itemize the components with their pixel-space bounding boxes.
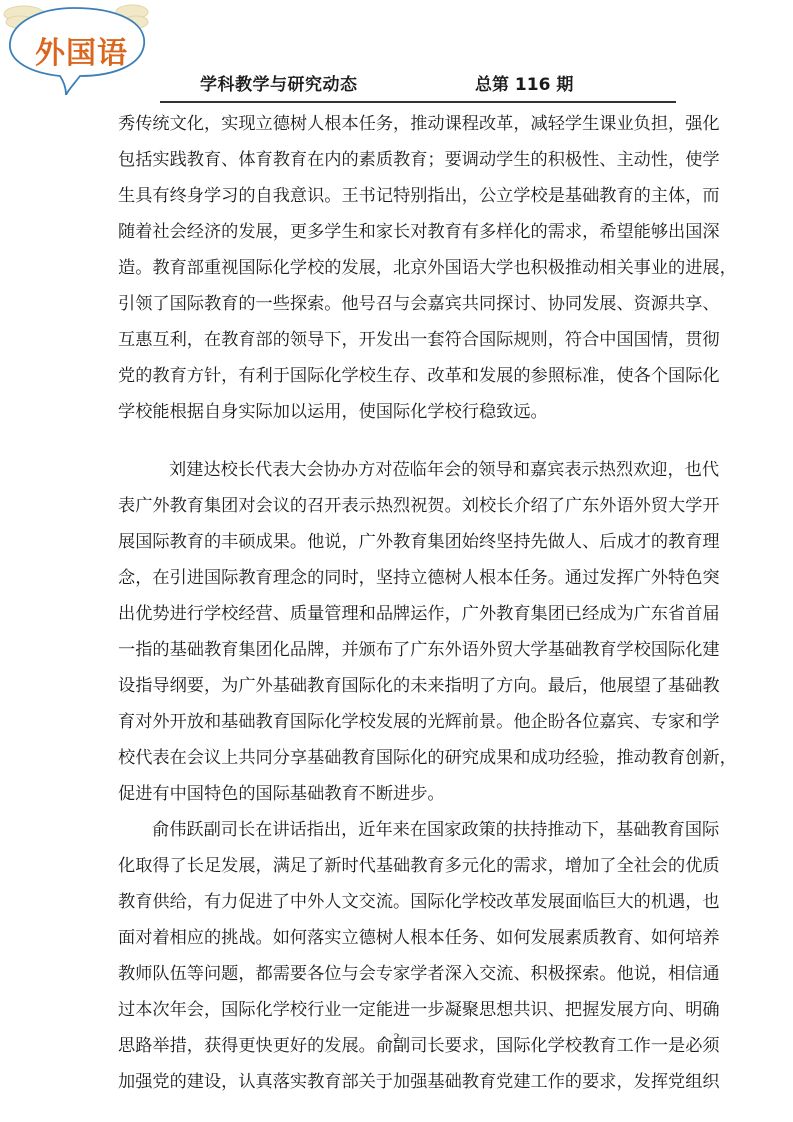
text-line: 展国际教育的丰硕成果。他说，广外教育集团始终坚持先做人、后成才的教育理 (118, 524, 676, 560)
text-line: 促进有中国特色的国际基础教育不断进步。 (118, 776, 676, 812)
text-line: 学校能根据自身实际加以运用，使国际化学校行稳致远。 (118, 394, 676, 430)
publication-title: 学科教学与研究动态 (200, 70, 358, 95)
page-header: 学科教学与研究动态 总第 116 期 (200, 70, 680, 94)
text-line: 校代表在会议上共同分享基础教育国际化的研究成果和成功经验，推动教育创新， (118, 740, 676, 776)
paragraph-gap (118, 430, 676, 452)
text-line: 设指导纲要，为广外基础教育国际化的未来指明了方向。最后，他展望了基础教 (118, 668, 676, 704)
logo-text: 外国语 (35, 28, 128, 72)
text-line: 表广外教育集团对会议的召开表示热烈祝贺。刘校长介绍了广东外语外贸大学开 (118, 488, 676, 524)
text-line: 念，在引进国际教育理念的同时，坚持立德树人根本任务。通过发挥广外特色突 (118, 560, 676, 596)
text-line: 化取得了长足发展，满足了新时代基础教育多元化的需求，增加了全社会的优质 (118, 848, 676, 884)
text-line: 教育供给，有力促进了中外人文交流。国际化学校改革发展面临巨大的机遇，也 (118, 884, 676, 920)
text-line: 一指的基础教育集团化品牌，并颁布了广东外语外贸大学基础教育学校国际化建 (118, 632, 676, 668)
article-body: 秀传统文化，实现立德树人根本任务，推动课程改革，减轻学生课业负担，强化 包括实践… (118, 106, 676, 1100)
publication-logo: 外国语 (2, 0, 152, 95)
text-line: 包括实践教育、体育教育在内的素质教育；要调动学生的积极性、主动性，使学 (118, 142, 676, 178)
text-line: 育对外开放和基础教育国际化学校发展的光辉前景。他企盼各位嘉宾、专家和学 (118, 704, 676, 740)
text-line: 随着社会经济的发展，更多学生和家长对教育有多样化的需求，希望能够出国深 (118, 214, 676, 250)
header-rule (160, 101, 676, 103)
text-line: 教师队伍等问题，都需要各位与会专家学者深入交流、积极探索。他说，相信通 (118, 956, 676, 992)
text-line: 加强党的建设，认真落实教育部关于加强基础教育党建工作的要求，发挥党组织 (118, 1064, 676, 1100)
paragraph: 刘建达校长代表大会协办方对莅临年会的领导和嘉宾表示热烈欢迎，也代 表广外教育集团… (118, 452, 676, 812)
text-line: 生具有终身学习的自我意识。王书记特别指出，公立学校是基础教育的主体，而 (118, 178, 676, 214)
text-line: 俞伟跃副司长在讲话指出，近年来在国家政策的扶持推动下，基础教育国际 (118, 812, 676, 848)
text-line: 刘建达校长代表大会协办方对莅临年会的领导和嘉宾表示热烈欢迎，也代 (118, 452, 676, 488)
text-line: 党的教育方针，有利于国际化学校生存、改革和发展的参照标准，使各个国际化 (118, 358, 676, 394)
issue-number: 总第 116 期 (475, 70, 573, 95)
text-line: 过本次年会，国际化学校行业一定能进一步凝聚思想共识、把握发展方向、明确 (118, 992, 676, 1028)
paragraph: 秀传统文化，实现立德树人根本任务，推动课程改革，减轻学生课业负担，强化 包括实践… (118, 106, 676, 430)
text-line: 引领了国际教育的一些探索。他号召与会嘉宾共同探讨、协同发展、资源共享、 (118, 286, 676, 322)
page-number: 2 (0, 1030, 793, 1045)
text-line: 出优势进行学校经营、质量管理和品牌运作，广外教育集团已经成为广东省首届 (118, 596, 676, 632)
paragraph: 俞伟跃副司长在讲话指出，近年来在国家政策的扶持推动下，基础教育国际 化取得了长足… (118, 812, 676, 1100)
text-line: 造。教育部重视国际化学校的发展，北京外国语大学也积极推动相关事业的进展， (118, 250, 676, 286)
text-line: 秀传统文化，实现立德树人根本任务，推动课程改革，减轻学生课业负担，强化 (118, 106, 676, 142)
text-line: 面对着相应的挑战。如何落实立德树人根本任务、如何发展素质教育、如何培养 (118, 920, 676, 956)
text-line: 互惠互利，在教育部的领导下，开发出一套符合国际规则，符合中国国情，贯彻 (118, 322, 676, 358)
